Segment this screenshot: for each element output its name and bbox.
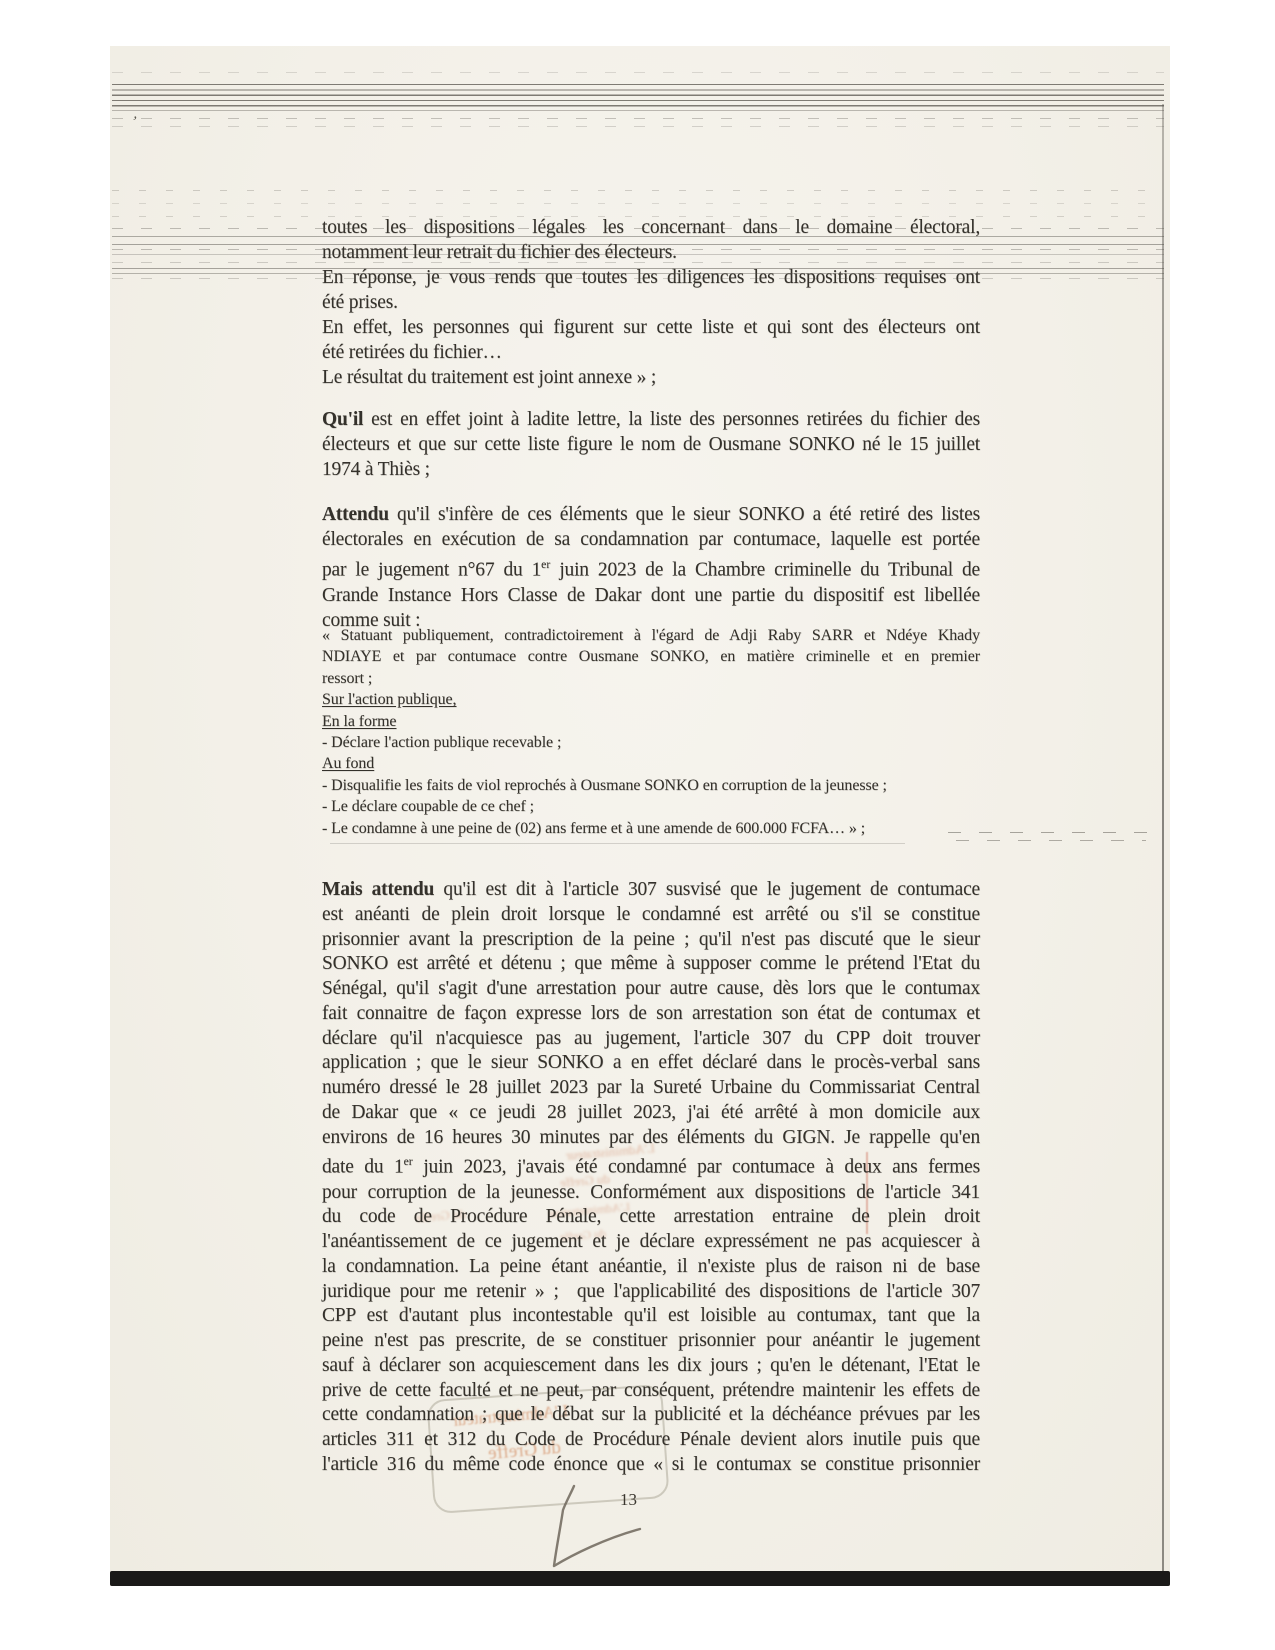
paragraph-mais-attendu: Mais attendu qu'il est dit à l'article 3… — [322, 878, 980, 1478]
scan-line — [112, 228, 1164, 229]
text-line: Attendu qu'il s'infère de ces éléments q… — [322, 502, 980, 527]
scan-line — [112, 118, 1164, 119]
text-line: - Le déclare coupable de ce chef ; — [322, 796, 980, 817]
text-line: l'article 316 du même code énonce que « … — [322, 1453, 980, 1478]
scan-line — [112, 126, 1164, 127]
text-line: En effet, les personnes qui figurent sur… — [322, 315, 980, 340]
text-line: prive de cette faculté et ne peut, par c… — [322, 1379, 980, 1404]
scanned-document-page: , toutes les dispositions légales les co… — [0, 0, 1275, 1650]
text-line: - Disqualifie les faits de viol reproché… — [322, 775, 980, 796]
text-line: l'anéantissement de ce jugement et je dé… — [322, 1230, 980, 1255]
text-line: la condamnation. La peine étant anéantie… — [322, 1255, 980, 1280]
judgment-quote-block: « Statuant publiquement, contradictoirem… — [322, 625, 980, 839]
text-line: Sur l'action publique, — [322, 689, 980, 710]
text-line: prisonnier avant la prescription de la p… — [322, 928, 980, 953]
text-line: application ; que le sieur SONKO a en ef… — [322, 1051, 980, 1076]
text-line: ressort ; — [322, 668, 980, 689]
scan-edge-bar — [110, 1571, 1170, 1586]
scan-line — [112, 254, 1164, 255]
scan-line — [948, 832, 1150, 833]
text-line: fait connaitre de façon expresse lors de… — [322, 1002, 980, 1027]
scan-line — [112, 72, 1164, 73]
text-line: environs de 16 heures 30 minutes par des… — [322, 1126, 980, 1151]
text-line: est anéanti de plein droit lorsque le co… — [322, 903, 980, 928]
scan-line — [112, 216, 1164, 217]
text-line: de Dakar que « ce jeudi 28 juillet 2023,… — [322, 1101, 980, 1126]
text-line: date du 1er juin 2023, j'avais été conda… — [322, 1150, 980, 1180]
text-line: électorales en exécution de sa condamnat… — [322, 527, 980, 552]
scan-noise-band — [112, 84, 1164, 111]
scan-line — [112, 273, 1164, 274]
scan-line — [112, 203, 1164, 204]
text-line: Qu'il est en effet joint à ladite lettre… — [322, 407, 980, 432]
text-line: juridique pour me retenir » ; que l'appl… — [322, 1280, 980, 1305]
text-line: déclare qu'il n'acquiesce pas au jugemen… — [322, 1027, 980, 1052]
scan-line — [330, 843, 905, 844]
text-line: NDIAYE et par contumace contre Ousmane S… — [322, 646, 980, 667]
text-line: par le jugement n°67 du 1er juin 2023 de… — [322, 552, 980, 583]
text-line: cette condamnation ; que le débat sur la… — [322, 1403, 980, 1428]
paragraph-citation-reply: toutes les dispositions légales les conc… — [322, 215, 980, 390]
scan-line — [112, 236, 1164, 237]
text-line: SONKO est arrêté et détenu ; que même à … — [322, 952, 980, 977]
text-line: pour corruption de la jeunesse. Conformé… — [322, 1181, 980, 1206]
paragraph-attendu: Attendu qu'il s'infère de ces éléments q… — [322, 502, 980, 633]
text-line: - Déclare l'action publique recevable ; — [322, 732, 980, 753]
scan-line — [112, 190, 1164, 191]
text-line: En la forme — [322, 711, 980, 732]
scan-line — [112, 262, 1164, 263]
text-line: été retirées du fichier… — [322, 340, 980, 365]
text-line: Au fond — [322, 753, 980, 774]
text-line: été prises. — [322, 290, 980, 315]
text-line: 1974 à Thiès ; — [322, 457, 980, 482]
text-line: - Le condamne à une peine de (02) ans fe… — [322, 818, 980, 839]
scan-line — [112, 268, 1164, 269]
text-line: Grande Instance Hors Classe de Dakar don… — [322, 583, 980, 608]
text-line: Mais attendu qu'il est dit à l'article 3… — [322, 878, 980, 903]
scan-line — [956, 840, 1146, 841]
scan-line — [112, 249, 1164, 250]
text-line: « Statuant publiquement, contradictoirem… — [322, 625, 980, 646]
paragraph-quil: Qu'il est en effet joint à ladite lettre… — [322, 407, 980, 482]
text-line: peine n'est pas prescrite, de se constit… — [322, 1329, 980, 1354]
page-edge-line — [1162, 104, 1164, 1571]
text-line: numéro dressé le 28 juillet 2023 par la … — [322, 1076, 980, 1101]
text-line: CPP est d'autant plus incontestable qu'i… — [322, 1304, 980, 1329]
text-line: du code de Procédure Pénale, cette arres… — [322, 1205, 980, 1230]
text-line: Le résultat du traitement est joint anne… — [322, 365, 980, 390]
scan-line — [112, 244, 1164, 245]
signature-paraph — [520, 1478, 660, 1578]
page-number: 13 — [620, 1490, 637, 1510]
text-line: Sénégal, qu'il s'agit d'une arrestation … — [322, 977, 980, 1002]
scan-line — [112, 278, 1164, 279]
text-line: électeurs et que sur cette liste figure … — [322, 432, 980, 457]
text-line: sauf à déclarer son acquiescement dans l… — [322, 1354, 980, 1379]
text-line: articles 311 et 312 du Code de Procédure… — [322, 1428, 980, 1453]
